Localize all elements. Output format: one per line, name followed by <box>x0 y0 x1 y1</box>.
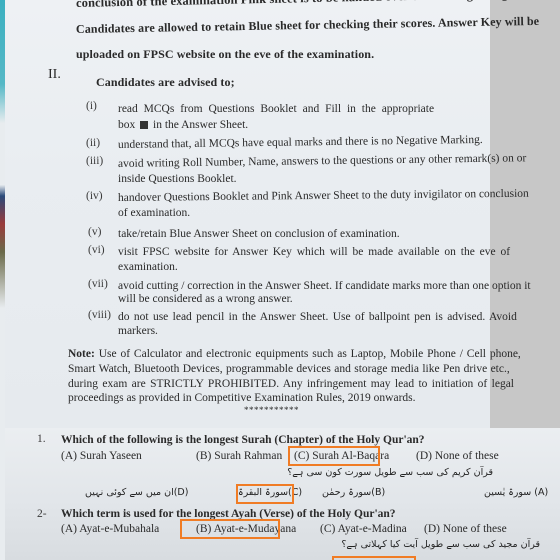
filled-box-icon <box>140 121 148 129</box>
item-number: (vii) <box>88 278 108 290</box>
item-text-part: box <box>118 119 135 131</box>
note-line-2: Smart Watch, Bluetooth Devices, programm… <box>68 362 510 376</box>
option-c: (C) Ayat-e-Madina <box>320 522 407 536</box>
urdu-option-d: (D)ان میں سے کوئی نہیں <box>85 487 188 498</box>
item-text-cont: markers. <box>118 324 158 338</box>
answer-highlight-box <box>288 446 380 466</box>
question-text: Which of the following is the longest Su… <box>61 433 425 447</box>
item-number: (viii) <box>88 309 111 321</box>
urdu-answer-highlight-box <box>236 484 294 504</box>
option-d: (D) None of these <box>424 522 507 536</box>
urdu-question: قرآن مجید کی سب سے طویل آیت کیا کہلاتی ہ… <box>341 539 540 550</box>
separator-stars: *********** <box>244 405 299 415</box>
note-line-4: proceedings as provided in Competitive E… <box>68 391 416 405</box>
note-line-3: during exam are STRICTLY PROHIBITED. Any… <box>68 377 514 391</box>
item-text-cont: inside Questions Booklet. <box>118 172 237 186</box>
section-heading: Candidates are advised to; <box>96 75 235 90</box>
item-number: (vi) <box>88 244 105 256</box>
note-line-1: Note: Use of Calculator and electronic e… <box>68 347 521 361</box>
left-edge-strip <box>0 0 5 560</box>
intro-line-3: uploaded on FPSC website on the eve of t… <box>76 47 374 62</box>
item-text-cont: box in the Answer Sheet. <box>118 118 248 132</box>
item-number: (iv) <box>86 190 103 202</box>
option-d: (D) None of these <box>416 449 499 463</box>
question-number: 2- <box>37 508 47 520</box>
item-number: (i) <box>86 100 97 112</box>
item-text-cont: will be considered as a wrong answer. <box>118 292 293 306</box>
option-b: (B) Surah Rahman <box>196 449 282 463</box>
option-a: (A) Ayat-e-Mubahala <box>61 522 159 536</box>
question-number: 1. <box>37 433 46 445</box>
urdu-option-b: (B)سورۃ رحمٰن <box>322 487 385 498</box>
urdu-answer-highlight-box <box>332 556 416 560</box>
item-text: take/retain Blue Answer Sheet on conclus… <box>118 227 400 241</box>
item-text-part: in the Answer Sheet. <box>153 119 248 131</box>
note-text: Use of Calculator and electronic equipme… <box>99 348 521 360</box>
item-number: (iii) <box>86 155 103 167</box>
item-number: (v) <box>88 226 101 238</box>
item-number: (ii) <box>86 137 100 149</box>
item-text: do not use lead pencil in the Answer She… <box>118 310 517 324</box>
option-a: (A) Surah Yaseen <box>61 449 142 463</box>
urdu-question: قرآن کریم کی سب سے طویل سورت کون سی ہے؟ <box>287 467 493 478</box>
section-numeral: II. <box>48 67 61 83</box>
item-text: visit FPSC website for Answer Key which … <box>118 245 510 259</box>
item-text-cont: examination. <box>118 260 178 274</box>
item-text-cont: of examination. <box>118 206 190 220</box>
answer-highlight-box <box>180 519 280 539</box>
item-text: read MCQs from Questions Booklet and Fil… <box>118 102 434 116</box>
note-label: Note: <box>68 348 95 360</box>
urdu-option-a: (A) سورۃ یٰسین <box>484 487 548 498</box>
item-text: avoid cutting / correction in the Answer… <box>118 279 531 293</box>
